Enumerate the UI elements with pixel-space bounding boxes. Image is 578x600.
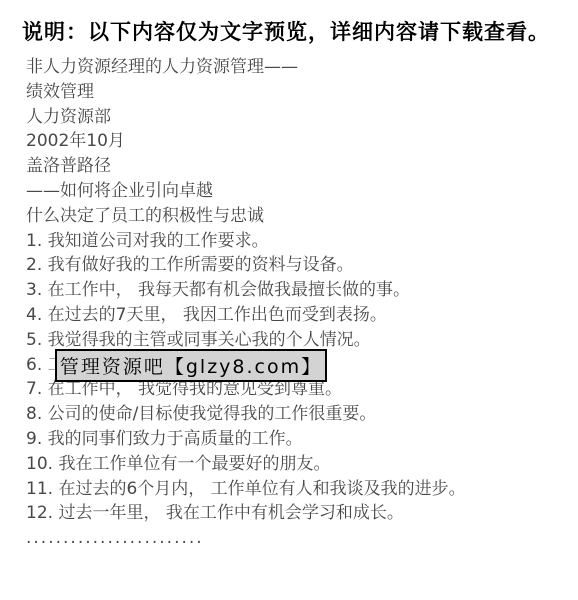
doc-subtitle-line: 绩效管理 xyxy=(26,80,571,105)
doc-item-9: 9. 我的同事们致力于高质量的工作。 xyxy=(26,427,571,452)
doc-item-10: 10. 我在工作单位有一个最要好的朋友。 xyxy=(26,452,571,477)
ellipsis-line: ........................ xyxy=(26,526,571,551)
doc-title-line: 非人力资源经理的人力资源管理—— xyxy=(26,55,571,80)
doc-section-sub-line: ——如何将企业引向卓越 xyxy=(26,179,571,204)
document-preview-page: 说明：以下内容仅为文字预览，详细内容请下载查看。 非人力资源经理的人力资源管理—… xyxy=(0,0,578,600)
doc-department-line: 人力资源部 xyxy=(26,105,571,130)
doc-section-line: 盖洛普路径 xyxy=(26,154,571,179)
doc-item-12: 12. 过去一年里， 我在工作中有机会学习和成长。 xyxy=(26,501,571,526)
watermark-popup: 管理资源吧【glzy8.com】 xyxy=(55,349,327,382)
preview-text-block: 非人力资源经理的人力资源管理—— 绩效管理 人力资源部 2002年10月 盖洛普… xyxy=(26,55,571,551)
doc-date-line: 2002年10月 xyxy=(26,129,571,154)
doc-heading-line: 什么决定了员工的积极性与忠诚 xyxy=(26,204,571,229)
watermark-label: 管理资源吧【glzy8.com】 xyxy=(60,352,322,379)
doc-item-2: 2. 我有做好我的工作所需要的资料与设备。 xyxy=(26,253,571,278)
doc-item-11: 11. 在过去的6个月内， 工作单位有人和我谈及我的进步。 xyxy=(26,477,571,502)
doc-item-4: 4. 在过去的7天里， 我因工作出色而受到表扬。 xyxy=(26,303,571,328)
doc-item-1: 1. 我知道公司对我的工作要求。 xyxy=(26,229,571,254)
doc-item-8: 8. 公司的使命/目标使我觉得我的工作很重要。 xyxy=(26,402,571,427)
preview-notice: 说明：以下内容仅为文字预览，详细内容请下载查看。 xyxy=(22,16,550,46)
doc-item-3: 3. 在工作中， 我每天都有机会做我最擅长做的事。 xyxy=(26,278,571,303)
